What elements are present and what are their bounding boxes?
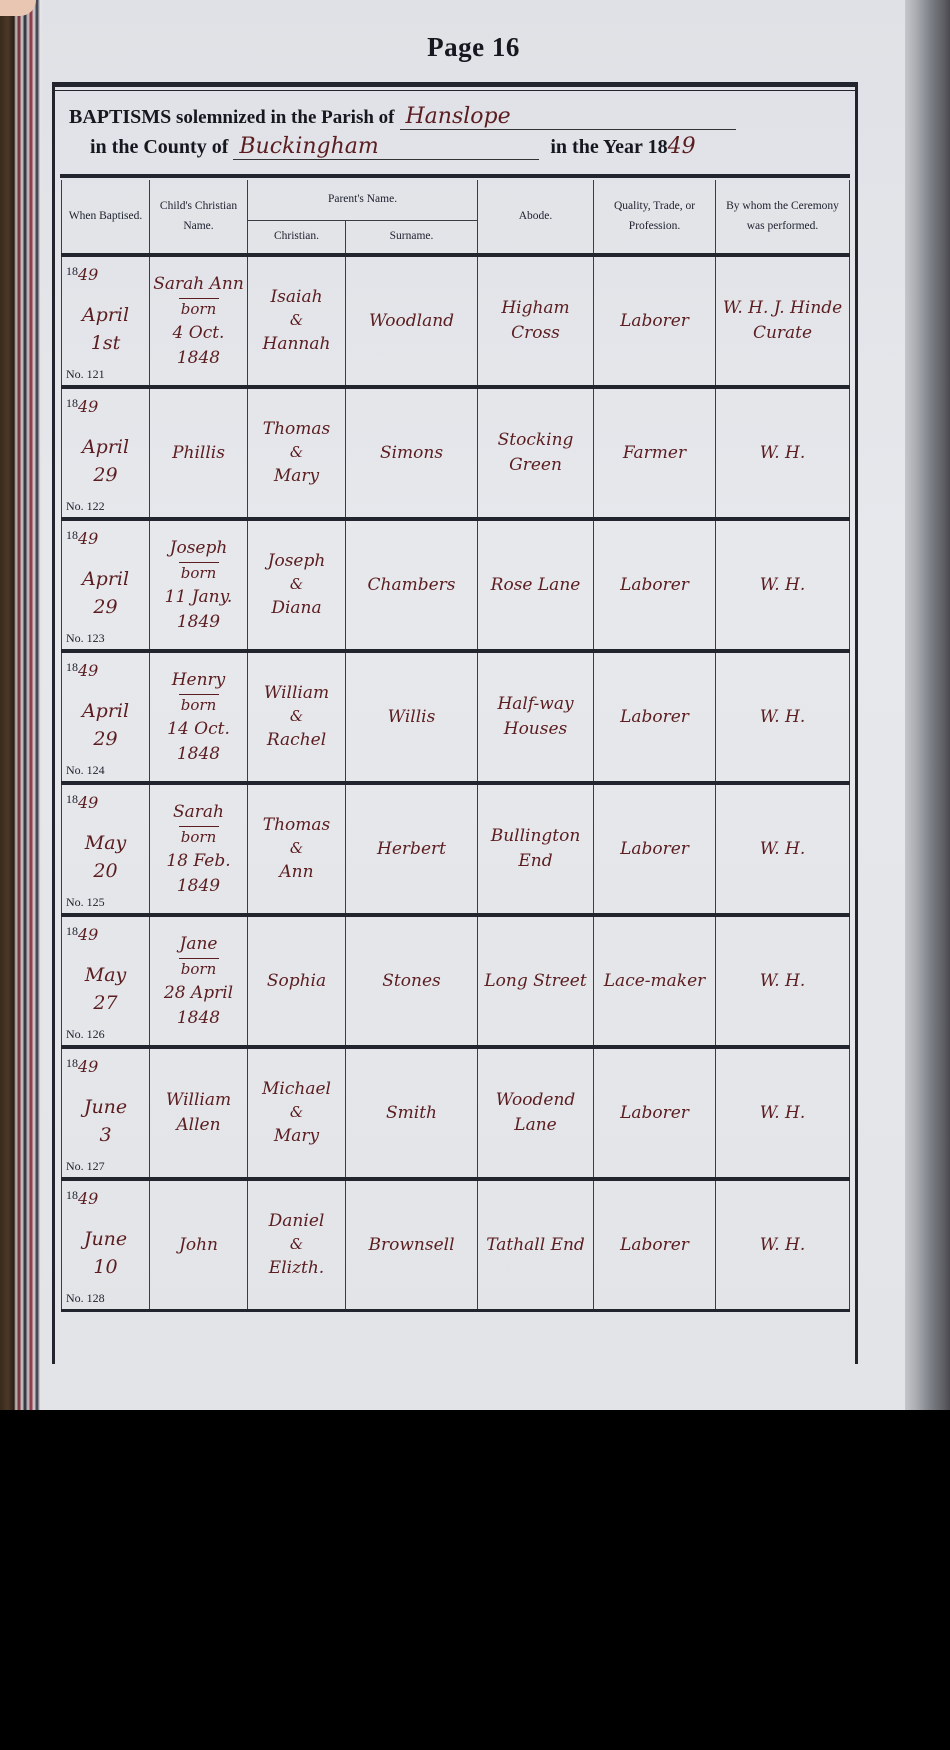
abode-cell: Higham Cross: [478, 255, 594, 387]
table-row: 1849 April29 No. 123 Josephborn11 Jany.1…: [62, 519, 850, 651]
by-whom-cell: W. H.: [716, 1179, 850, 1311]
when-baptised-cell: 1849 June3 No. 127: [62, 1047, 150, 1179]
child-name-cell: Phillis: [150, 387, 248, 519]
top-rule-thin: [55, 90, 855, 91]
when-baptised-cell: 1849 April29 No. 124: [62, 651, 150, 783]
by-whom-cell: W. H.: [716, 387, 850, 519]
trade-cell: Laborer: [594, 651, 716, 783]
baptism-table: When Baptised. Child's Christian Name. P…: [61, 180, 850, 1312]
parish-label: solemnized in the Parish of: [171, 107, 394, 128]
surname-cell: Simons: [346, 387, 478, 519]
trade-cell: Farmer: [594, 387, 716, 519]
entry-number: No. 126: [66, 1026, 105, 1043]
by-whom-cell: W. H.: [716, 651, 850, 783]
by-whom-cell: W. H. J. Hinde Curate: [716, 255, 850, 387]
child-name-cell: Sarah Annborn4 Oct.1848: [150, 255, 248, 387]
entry-number: No. 124: [66, 762, 105, 779]
table-row: 1849 June3 No. 127 William Allen Michael…: [62, 1047, 850, 1179]
when-baptised-cell: 1849 April29 No. 122: [62, 387, 150, 519]
when-baptised-cell: 1849 May27 No. 126: [62, 915, 150, 1047]
table-row: 1849 May20 No. 125 Sarahborn18 Feb.1849 …: [62, 783, 850, 915]
parent-christian-cell: William&Rachel: [248, 651, 346, 783]
entry-number: No. 125: [66, 894, 105, 911]
trade-cell: Laborer: [594, 519, 716, 651]
county-label: in the County of: [90, 136, 228, 158]
year-handwritten: 49: [668, 134, 696, 159]
by-whom-cell: W. H.: [716, 1047, 850, 1179]
parent-christian-cell: Michael&Mary: [248, 1047, 346, 1179]
entry-number: No. 123: [66, 630, 105, 647]
parent-christian-cell: Sophia: [248, 915, 346, 1047]
col-parents-name: Parent's Name.: [248, 180, 478, 221]
abode-cell: Tathall End: [478, 1179, 594, 1311]
surname-cell: Brownsell: [346, 1179, 478, 1311]
abode-cell: Stocking Green: [478, 387, 594, 519]
abode-cell: Rose Lane: [478, 519, 594, 651]
entry-number: No. 122: [66, 498, 105, 515]
when-baptised-cell: 1849 May20 No. 125: [62, 783, 150, 915]
table-row: 1849 May27 No. 126 Janeborn28 April1848 …: [62, 915, 850, 1047]
entry-number: No. 127: [66, 1158, 105, 1175]
surname-cell: Chambers: [346, 519, 478, 651]
parent-christian-cell: Joseph&Diana: [248, 519, 346, 651]
register-title-line2: in the County of Buckingham in the Year …: [90, 134, 702, 160]
trade-cell: Laborer: [594, 783, 716, 915]
table-row: 1849 April1st No. 121 Sarah Annborn4 Oct…: [62, 255, 850, 387]
table-row: 1849 April29 No. 122 Phillis Thomas&Mary…: [62, 387, 850, 519]
surname-cell: Smith: [346, 1047, 478, 1179]
abode-cell: Bullington End: [478, 783, 594, 915]
parent-christian-cell: Thomas&Mary: [248, 387, 346, 519]
child-name-cell: William Allen: [150, 1047, 248, 1179]
entry-number: No. 121: [66, 366, 105, 383]
parent-christian-cell: Isaiah&Hannah: [248, 255, 346, 387]
trade-cell: Laborer: [594, 1047, 716, 1179]
top-rule: [55, 82, 855, 87]
register-page: Page 16 BAPTISMS solemnized in the Paris…: [42, 0, 905, 1410]
when-baptised-cell: 1849 April29 No. 123: [62, 519, 150, 651]
child-name-cell: Henryborn14 Oct.1848: [150, 651, 248, 783]
when-baptised-cell: 1849 June10 No. 128: [62, 1179, 150, 1311]
col-parent-christian: Christian.: [248, 221, 346, 256]
by-whom-cell: W. H.: [716, 519, 850, 651]
page-shadow-edge: [905, 0, 950, 1410]
child-name-cell: Josephborn11 Jany.1849: [150, 519, 248, 651]
register-title-line1: BAPTISMS solemnized in the Parish of Han…: [69, 104, 742, 130]
title-rule: [60, 174, 850, 178]
abode-cell: Long Street: [478, 915, 594, 1047]
surname-cell: Herbert: [346, 783, 478, 915]
abode-cell: Woodend Lane: [478, 1047, 594, 1179]
page-number: Page 16: [42, 32, 905, 63]
book-spine-edge: [0, 0, 42, 1410]
table-row: 1849 April29 No. 124 Henryborn14 Oct.184…: [62, 651, 850, 783]
surname-cell: Stones: [346, 915, 478, 1047]
by-whom-cell: W. H.: [716, 915, 850, 1047]
baptisms-heading: BAPTISMS: [69, 106, 171, 128]
trade-cell: Laborer: [594, 1179, 716, 1311]
baptism-register: BAPTISMS solemnized in the Parish of Han…: [52, 82, 858, 1364]
child-name-cell: John: [150, 1179, 248, 1311]
county-name: Buckingham: [233, 134, 539, 160]
trade-cell: Laborer: [594, 255, 716, 387]
col-when-baptised: When Baptised.: [62, 180, 150, 255]
surname-cell: Willis: [346, 651, 478, 783]
col-by-whom: By whom the Ceremony was performed.: [716, 180, 850, 255]
parish-name: Hanslope: [400, 104, 736, 130]
year-label: in the Year 18: [550, 136, 667, 158]
col-trade: Quality, Trade, or Profession.: [594, 180, 716, 255]
trade-cell: Lace-maker: [594, 915, 716, 1047]
parent-christian-cell: Daniel&Elizth.: [248, 1179, 346, 1311]
abode-cell: Half-way Houses: [478, 651, 594, 783]
parent-christian-cell: Thomas&Ann: [248, 783, 346, 915]
child-name-cell: Sarahborn18 Feb.1849: [150, 783, 248, 915]
child-name-cell: Janeborn28 April1848: [150, 915, 248, 1047]
surname-cell: Woodland: [346, 255, 478, 387]
col-abode: Abode.: [478, 180, 594, 255]
when-baptised-cell: 1849 April1st No. 121: [62, 255, 150, 387]
entry-number: No. 128: [66, 1290, 105, 1307]
col-child-name: Child's Christian Name.: [150, 180, 248, 255]
col-parent-surname: Surname.: [346, 221, 478, 256]
table-row: 1849 June10 No. 128 John Daniel&Elizth. …: [62, 1179, 850, 1311]
by-whom-cell: W. H.: [716, 783, 850, 915]
